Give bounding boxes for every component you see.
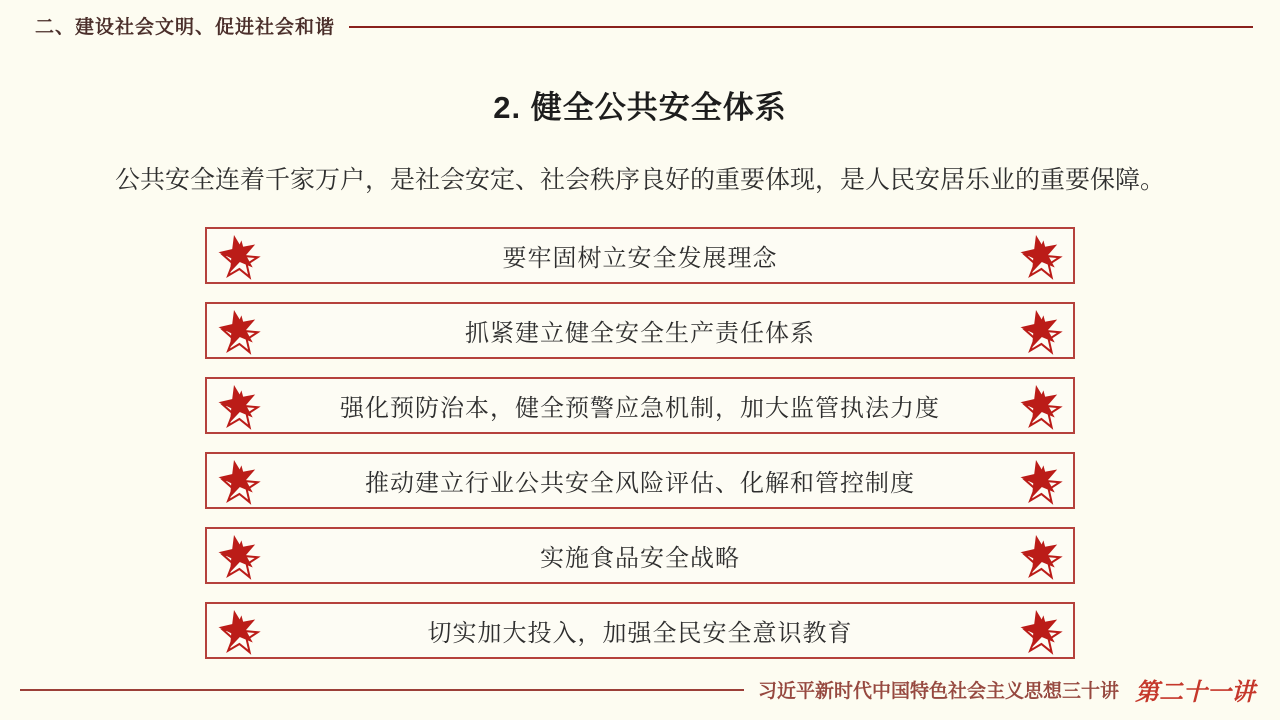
star-icon bbox=[1019, 383, 1063, 433]
slide: 二、建设社会文明、促进社会和谐 2. 健全公共安全体系 公共安全连着千家万户，是… bbox=[0, 0, 1280, 720]
footer-series-title: 习近平新时代中国特色社会主义思想三十讲 bbox=[758, 676, 1119, 703]
top-header: 二、建设社会文明、促进社会和谐 bbox=[35, 12, 1253, 39]
star-icon bbox=[217, 308, 261, 358]
section-label: 二、建设社会文明、促进社会和谐 bbox=[35, 12, 335, 39]
box-label: 抓紧建立健全安全生产责任体系 bbox=[465, 313, 815, 348]
box-label: 推动建立行业公共安全风险评估、化解和管控制度 bbox=[365, 463, 915, 498]
box-label: 实施食品安全战略 bbox=[540, 538, 740, 573]
star-icon bbox=[1019, 233, 1063, 283]
box-label: 切实加大投入，加强全民安全意识教育 bbox=[428, 613, 853, 648]
star-icon bbox=[1019, 533, 1063, 583]
star-icon bbox=[217, 608, 261, 658]
star-icon bbox=[1019, 608, 1063, 658]
intro-text: 公共安全连着千家万户，是社会安定、社会秩序良好的重要体现，是人民安居乐业的重要保… bbox=[60, 160, 1220, 196]
footer: 习近平新时代中国特色社会主义思想三十讲 第二十一讲 bbox=[20, 672, 1255, 707]
star-icon bbox=[217, 458, 261, 508]
list-item: 要牢固树立安全发展理念 bbox=[205, 227, 1075, 284]
footer-divider-line bbox=[20, 689, 744, 691]
star-icon bbox=[217, 383, 261, 433]
list-item: 切实加大投入，加强全民安全意识教育 bbox=[205, 602, 1075, 659]
header-divider-line bbox=[349, 26, 1253, 28]
star-icon bbox=[1019, 308, 1063, 358]
list-item: 推动建立行业公共安全风险评估、化解和管控制度 bbox=[205, 452, 1075, 509]
box-label: 要牢固树立安全发展理念 bbox=[503, 238, 778, 273]
list-item: 抓紧建立健全安全生产责任体系 bbox=[205, 302, 1075, 359]
footer-lecture-number: 第二十一讲 bbox=[1135, 672, 1255, 707]
box-label: 强化预防治本，健全预警应急机制，加大监管执法力度 bbox=[340, 388, 940, 423]
star-icon bbox=[217, 233, 261, 283]
star-icon bbox=[217, 533, 261, 583]
star-icon bbox=[1019, 458, 1063, 508]
list-item: 强化预防治本，健全预警应急机制，加大监管执法力度 bbox=[205, 377, 1075, 434]
list-item: 实施食品安全战略 bbox=[205, 527, 1075, 584]
box-list: 要牢固树立安全发展理念 抓紧建立健全安全生产责任体 bbox=[205, 227, 1075, 659]
page-title: 2. 健全公共安全体系 bbox=[0, 82, 1280, 127]
